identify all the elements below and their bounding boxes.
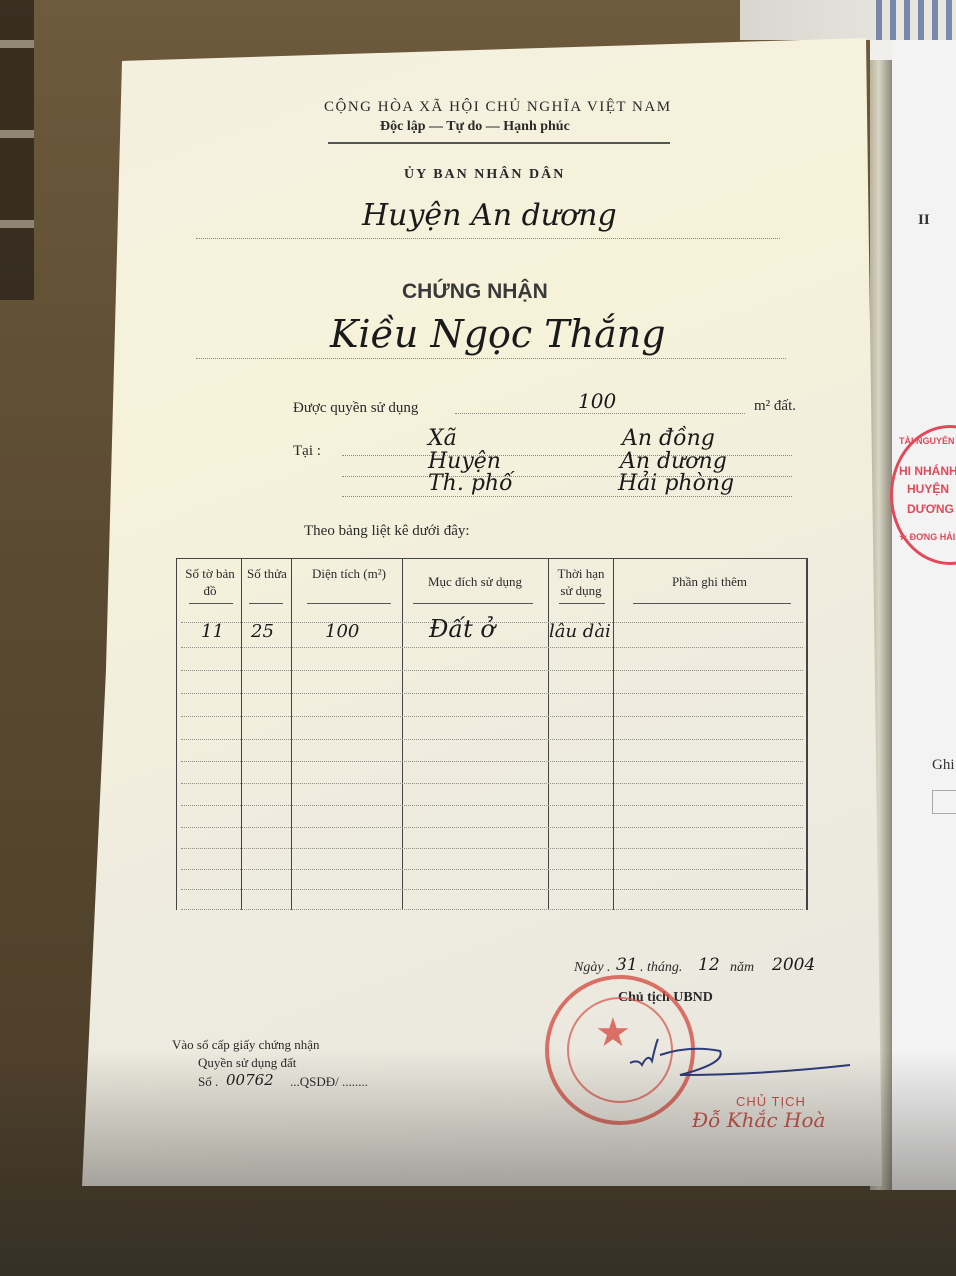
location-city: Hải phòng	[618, 471, 734, 496]
date-day-label: Ngày .	[574, 960, 611, 976]
dotted-line	[196, 358, 786, 359]
table-row-duration: lâu dài	[549, 621, 611, 642]
background-card	[740, 0, 956, 40]
dotted-line	[455, 413, 745, 414]
dotted-line	[342, 496, 792, 497]
row-line	[181, 827, 803, 828]
header-underline	[307, 603, 391, 604]
date-month-label: . tháng.	[640, 960, 682, 976]
date-year: 2004	[772, 955, 815, 975]
table-row-map-sheet: 11	[201, 621, 224, 642]
header-underline	[413, 603, 533, 604]
row-line	[181, 647, 803, 648]
stamp-line: HUYỆN	[907, 482, 949, 496]
row-line	[181, 889, 803, 890]
header-parcel-number: Số thửa	[245, 565, 289, 582]
header-underline	[633, 603, 791, 604]
stamp-line: HI NHÁNH	[899, 464, 956, 478]
header-underline	[189, 603, 233, 604]
row-line	[181, 716, 803, 717]
land-parcel-table: Số tờ bản đồ Số thửa Diện tích (m²) Mục …	[176, 558, 808, 910]
adjacent-document-text-top: II	[918, 212, 930, 229]
row-line	[181, 848, 803, 849]
adjacent-document: II Ghi	[870, 40, 956, 1190]
header-purpose: Mục đích sử dụng	[405, 573, 545, 590]
row-line	[181, 739, 803, 740]
column-divider	[402, 559, 403, 910]
location-commune: An đồng	[622, 426, 715, 451]
header-underline	[249, 603, 283, 604]
date-day: 31	[616, 955, 638, 975]
national-motto: Độc lập — Tự do — Hạnh phúc	[380, 119, 570, 135]
country-heading: CỘNG HÒA XÃ HỘI CHỦ NGHĨA VIỆT NAM	[324, 99, 672, 116]
row-line	[181, 693, 803, 694]
area-value: 100	[578, 389, 616, 413]
header-notes: Phần ghi thêm	[617, 573, 802, 590]
header-map-sheet: Số tờ bản đồ	[179, 565, 241, 599]
header-divider	[328, 142, 670, 144]
column-divider	[613, 559, 614, 910]
stamp-line: DƯƠNG	[907, 502, 954, 516]
row-line	[181, 909, 803, 910]
authority-heading: ỦY BAN NHÂN DÂN	[404, 167, 565, 183]
row-line	[181, 670, 803, 671]
adjacent-document-text-bottom: Ghi	[932, 757, 955, 774]
certificate-title: CHỨNG NHẬN	[402, 280, 548, 304]
table-row-parcel-number: 25	[251, 621, 274, 642]
date-year-label: năm	[730, 960, 754, 976]
table-intro: Theo bảng liệt kê dưới đây:	[304, 523, 470, 540]
background-glass	[0, 1050, 956, 1276]
checkbox-outline	[932, 790, 956, 814]
header-area: Diện tích (m²)	[299, 565, 399, 582]
adjacent-document-page: II Ghi	[892, 40, 956, 1190]
table-row-purpose: Đất ở	[429, 615, 495, 643]
date-month: 12	[698, 955, 720, 975]
row-line	[181, 783, 803, 784]
district-name: Huyện An dương	[362, 198, 617, 233]
column-divider	[806, 559, 807, 910]
stamp-line: ★ ĐƠNG HẢI PHÒNG	[899, 532, 956, 543]
row-line	[181, 805, 803, 806]
header-underline	[559, 603, 605, 604]
column-divider	[241, 559, 242, 910]
column-divider	[548, 559, 549, 910]
background-shelf	[0, 0, 34, 300]
dotted-line	[196, 238, 780, 239]
location-type-city: Th. phố	[428, 471, 513, 496]
location-type-commune: Xã	[428, 426, 457, 451]
stamp-line: TÀI NGUYÊN VÀ MÔI	[899, 436, 956, 446]
header-duration: Thời hạn sử dụng	[551, 565, 611, 599]
area-label: Được quyền sử dụng	[293, 400, 418, 417]
column-divider	[291, 559, 292, 910]
table-row-area: 100	[325, 621, 359, 642]
location-label: Tại :	[293, 443, 321, 460]
row-line	[181, 761, 803, 762]
row-line	[181, 869, 803, 870]
holder-name: Kiều Ngọc Thắng	[330, 312, 666, 356]
area-unit: m² đất.	[754, 398, 796, 415]
